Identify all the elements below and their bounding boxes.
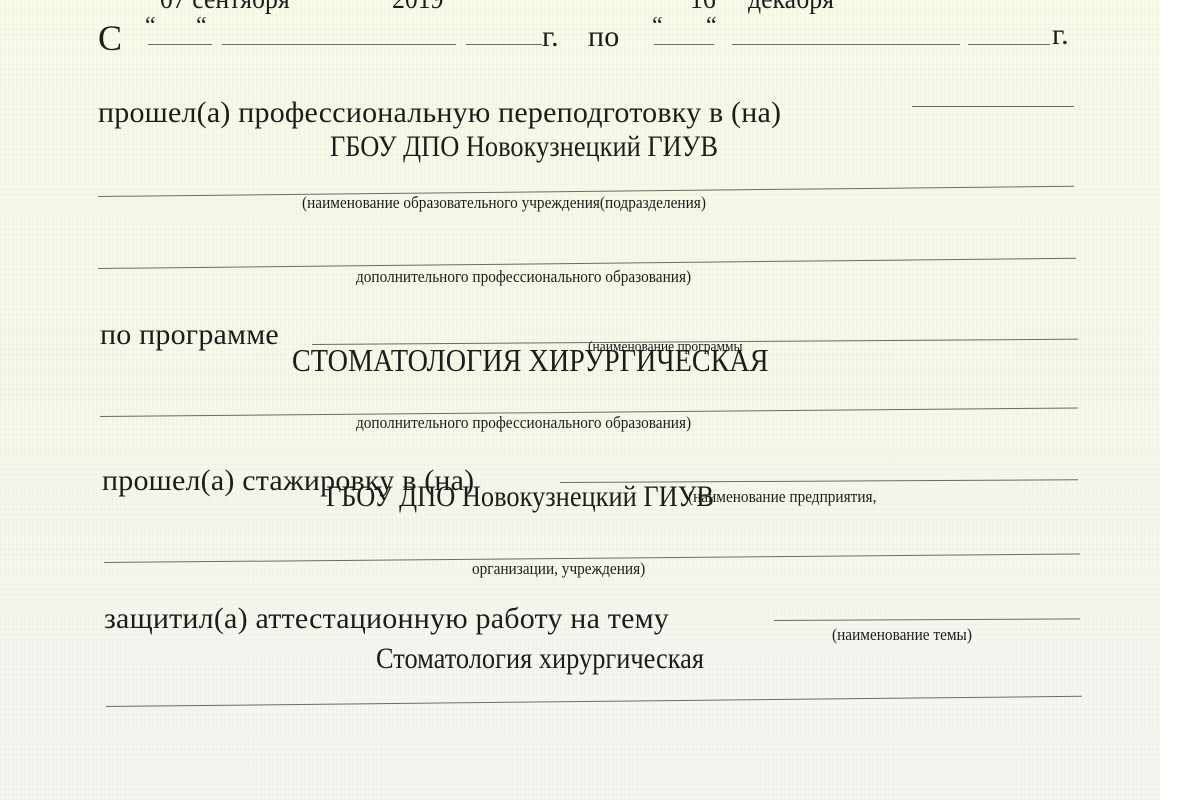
page-edge — [1160, 0, 1186, 800]
to-word: по — [588, 22, 619, 52]
scanned-document-page: 07 сентября 2019 16 декабря С “ “ г. по … — [0, 0, 1160, 800]
to-month-fill: декабря — [748, 0, 834, 14]
program-label: по программе — [100, 320, 279, 350]
retraining-caption-2: дополнительного профессионального образо… — [356, 268, 691, 285]
from-year-fill: 2019 — [392, 0, 444, 14]
from-year-line — [466, 44, 542, 45]
date-from-prefix: С — [98, 20, 122, 56]
thesis-line-2 — [106, 696, 1082, 707]
retraining-line-1 — [912, 106, 1074, 107]
thesis-caption: (наименование темы) — [832, 626, 972, 643]
to-open-quote: “ — [652, 14, 663, 38]
retraining-caption-1: (наименование образовательного учреждени… — [302, 194, 706, 211]
program-caption-2: дополнительного профессионального образо… — [356, 414, 691, 431]
from-year-suffix: г. — [542, 22, 559, 52]
close-quote: “ — [196, 14, 207, 38]
thesis-line-1 — [774, 618, 1080, 621]
open-quote: “ — [145, 14, 156, 38]
to-close-quote: “ — [706, 14, 717, 38]
to-year-suffix: г. — [1052, 20, 1069, 50]
thesis-label: защитил(а) аттестационную работу на тему — [104, 604, 669, 634]
from-date-fill: 07 сентября — [160, 0, 290, 14]
retraining-institution: ГБОУ ДПО Новокузнецкий ГИУВ — [330, 132, 718, 162]
program-caption-1: (наименование программы — [588, 340, 743, 355]
retraining-label: прошел(а) профессиональную переподготовк… — [98, 98, 781, 128]
from-month-line — [222, 44, 456, 45]
thesis-topic: Стоматология хирургическая — [376, 644, 704, 674]
internship-organization: ГБОУ ДПО Новокузнецкий ГИУВ — [326, 482, 714, 512]
to-day-line — [654, 44, 714, 45]
from-day-line — [148, 44, 212, 45]
to-year-line — [968, 44, 1050, 45]
internship-caption-1: (наименование предприятия, — [688, 488, 876, 505]
to-month-line — [732, 44, 960, 45]
to-day-fill: 16 — [690, 0, 716, 14]
internship-caption-2: организации, учреждения) — [472, 560, 645, 577]
